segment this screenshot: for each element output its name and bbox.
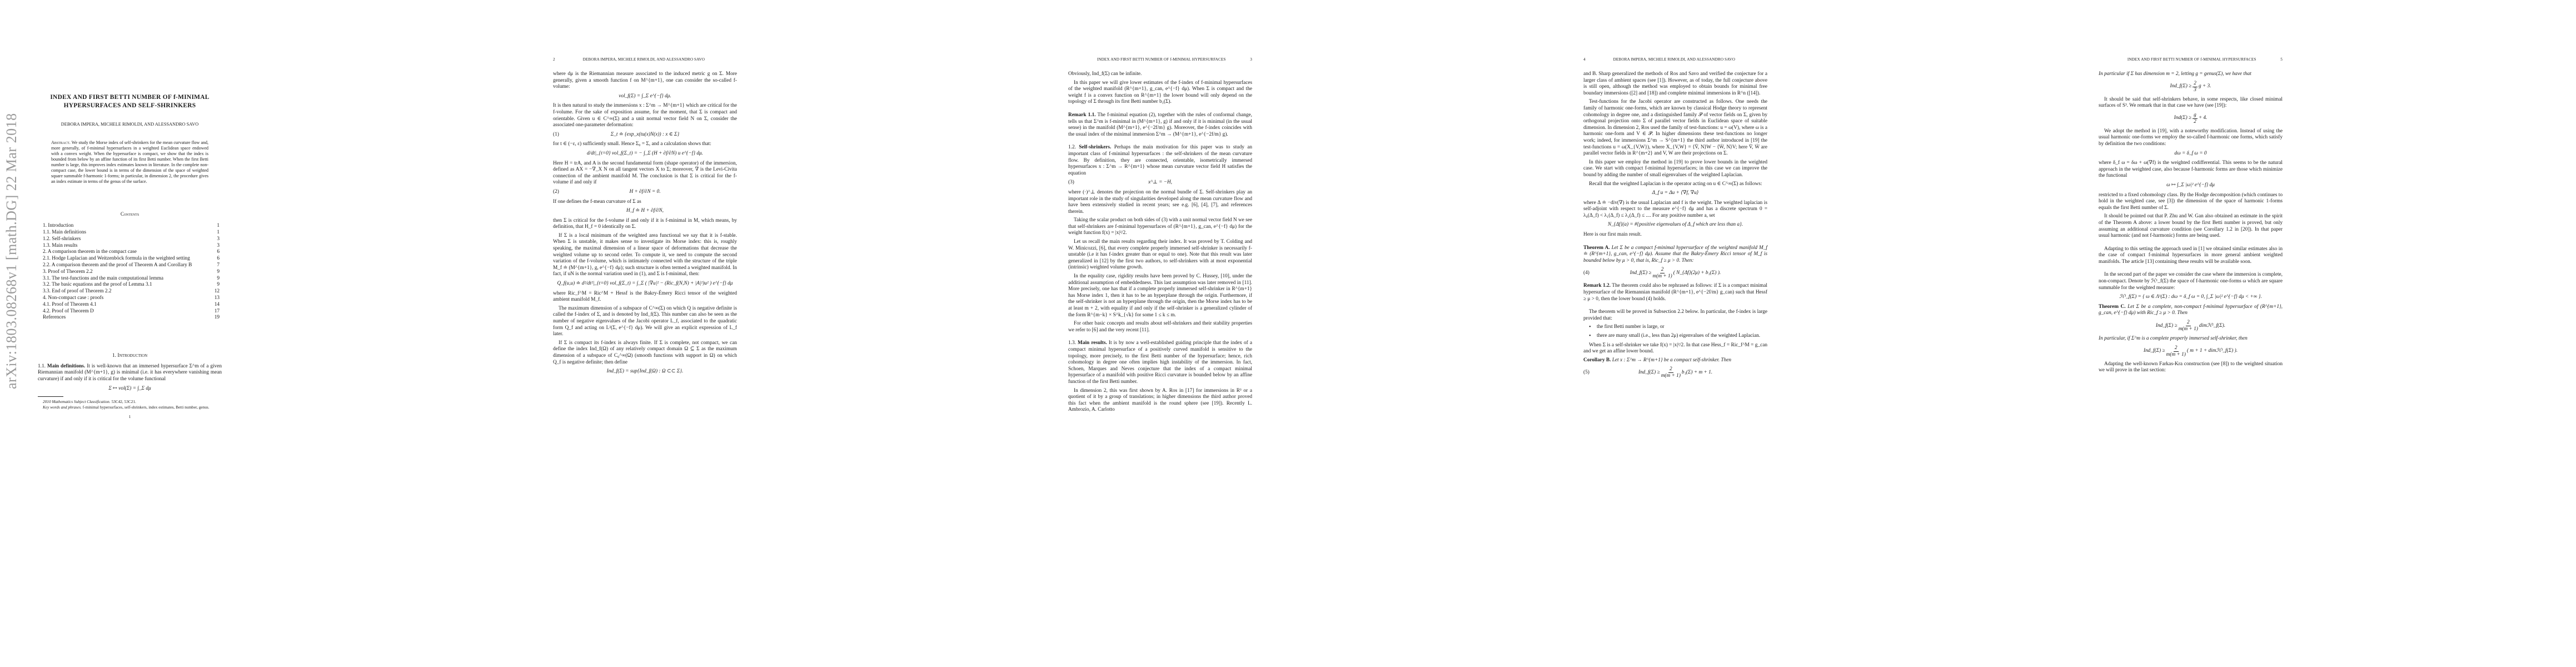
paragraph: where Δ ≐ −div(∇) is the usual Laplacian… [1583,200,1767,220]
toc-entry[interactable]: 4.2. Proof of Theorem D17 [43,308,220,315]
equation-f-harmonic: dω = δ_f ω = 0 [2099,151,2283,157]
remark-1-1: Remark 1.1. The f-minimal equation (2), … [1068,112,1252,138]
toc-entry[interactable]: 4.1. Proof of Theorem 4.114 [43,302,220,308]
equation-sphere-bound: Ind(Σ) ≥ g2 + 4. [2099,112,2283,125]
arxiv-stamp: arXiv:1803.08268v1 [math.DG] 22 Mar 2018 [3,113,20,389]
equation-4: (4) Ind_f(Σ) ≥ 2m(m + 1) ( N_{Δf}(2μ) + … [1583,267,1767,280]
paragraph: Taking the scalar product on both sides … [1068,217,1252,237]
abstract: Abstract. We study the Morse index of se… [51,140,208,185]
running-head-authors: DEBORA IMPERA, MICHELE RIMOLDI, AND ALES… [555,57,733,62]
page-1-content: INDEX AND FIRST BETTI NUMBER OF f-MINIMA… [38,93,222,420]
paragraph: Obviously, Ind_f(Σ) can be infinite. [1068,71,1252,78]
page-2: 2 DEBORA IMPERA, MICHELE RIMOLDI, AND AL… [515,0,1030,667]
paragraph: In particular, if Σ^m is a complete prop… [2099,336,2283,342]
list-item: there are many small (i.e., less than 2μ… [1589,333,1767,340]
paragraph: For other basic concepts and results abo… [1068,321,1252,333]
running-head: 2 DEBORA IMPERA, MICHELE RIMOLDI, AND AL… [553,57,737,62]
paragraph: The theorem will be proved in Subsection… [1583,309,1767,322]
equation-index-sup: Ind_f(Σ) = sup{Ind_f(Ω) : Ω ⊂⊂ Σ}. [553,369,737,375]
bullet-list: the first Betti number is large, or ther… [1589,324,1767,339]
paragraph: The maximum dimension of a subspace of C… [553,306,737,338]
paragraph: then Σ is critical for the f-volume if a… [553,218,737,231]
equation-3: (3) x^⊥ = −H, [1068,180,1252,186]
paragraph: for t ∈ (−ε, ε) sufficiently small. Henc… [553,141,737,148]
toc-entry[interactable]: 3. Proof of Theorem 2.29 [43,269,220,276]
fraction: 2m(m + 1) [1653,267,1672,280]
paragraph: In dimension 2, this was first shown by … [1068,388,1252,414]
equation-weighted-laplacian: Δ_f u = Δu + ⟨∇f, ∇u⟩ [1583,190,1767,197]
paragraph: and B. Sharp generalized the methods of … [1583,71,1767,97]
corollary-b: Corollary B. Let x : Σ^m → R^{m+1} be a … [1583,357,1767,364]
remark-1-2: Remark 1.2. The theorem could also be re… [1583,283,1767,302]
equation-volume: Σ ↦ vol(Σ) = ∫_Σ dμ [38,386,222,392]
paragraph: It should be said that self-shrinkers be… [2099,97,2283,109]
theorem-c: Theorem C. Let Σ be a complete, non-comp… [2099,304,2283,317]
equation-eigenvalue-count: N_{Δf}(a) = #{positive eigenvalues of Δ_… [1583,222,1767,228]
paragraph: In the equality case, rigidity results h… [1068,273,1252,318]
page-5: INDEX AND FIRST BETTI NUMBER OF f-MINIMA… [2061,0,2576,667]
paragraph: Adapting to this setting the approach us… [2099,246,2283,266]
toc-entry[interactable]: 3.3. End of proof of Theorem 2.212 [43,288,220,295]
table-of-contents: 1. Introduction1 1.1. Main definitions1 … [43,223,220,321]
subsection-heading: Self-shrinkers. [1079,145,1111,150]
equation-first-variation: d/dt|_{t=0} vol_f(Σ_t) = − ∫_Σ (H + ∂f/∂… [553,151,737,157]
pdf-page-strip: arXiv:1803.08268v1 [math.DG] 22 Mar 2018… [0,0,2576,667]
equation-functional: ω ↦ ∫_Σ |ω|² e^{−f} dμ [2099,182,2283,189]
toc-entry[interactable]: 1. Introduction1 [43,223,220,230]
paragraph: Let us recall the main results regarding… [1068,239,1252,271]
paragraph: restricted to a fixed cohomology class. … [2099,192,2283,212]
paragraph: Test-functions for the Jacobi operator a… [1583,99,1767,157]
toc-entry[interactable]: 1.2. Self-shrinkers3 [43,236,220,243]
paragraph: It should be pointed out that P. Zhu and… [2099,213,2283,239]
page-3-content: Obviously, Ind_f(Σ) can be infinite. In … [1068,71,1252,416]
fraction: 2m(m + 1) [1661,366,1681,379]
page-number: 1 [38,414,222,420]
paragraph: where (·)^⊥ denotes the projection on th… [1068,190,1252,215]
toc-entry[interactable]: 2.1. Hodge Laplacian and Weitzenböck for… [43,256,220,262]
equation-f-volume: vol_f(Σ) = ∫_Σ e^{−f} dμ. [553,93,737,100]
running-head-authors: DEBORA IMPERA, MICHELE RIMOLDI, AND ALES… [1586,57,1763,62]
paragraph: In this paper we employ the method in [1… [1583,160,1767,179]
equation-theorem-c-2: Ind_f(Σ) ≥ 2m(m + 1) ( m + 1 + dimℋ¹_f(Σ… [2099,345,2283,358]
equation-h1-space: ℋ¹_f(Σ) = { ω ∈ Λ¹(Σ) : dω = δ_f ω = 0, … [2099,294,2283,301]
fraction: 2m(m + 1) [2166,345,2186,358]
authors: DEBORA IMPERA, MICHELE RIMOLDI, AND ALES… [38,121,222,128]
paragraph: 1.2. Self-shrinkers. Perhaps the main mo… [1068,145,1252,177]
running-head-title: INDEX AND FIRST BETTI NUMBER OF f-MINIMA… [2103,57,2280,62]
equation-5: (5) Ind_f(Σ) ≥ 2m(m + 1) b₁(Σ) + m + 1. [1583,366,1767,379]
paper-title: INDEX AND FIRST BETTI NUMBER OF f-MINIMA… [38,93,222,110]
fraction: g2 [2193,112,2198,125]
toc-entry[interactable]: 3.1. The test-functions and the main com… [43,276,220,282]
paragraph: In the second part of the paper we consi… [2099,272,2283,291]
paragraph: 1.1. Main definitions. It is well-known … [38,364,222,383]
running-head-title: INDEX AND FIRST BETTI NUMBER OF f-MINIMA… [1073,57,1250,62]
running-head: 4 DEBORA IMPERA, MICHELE RIMOLDI, AND AL… [1583,57,1767,62]
list-item: the first Betti number is large, or [1589,324,1767,331]
equation-2: (2) H + ∂f/∂N = 0. [553,189,737,196]
toc-entry[interactable]: 4. Non-compact case : proofs13 [43,295,220,302]
paragraph: We adopt the method in [19], with a note… [2099,128,2283,148]
page-2-content: where dμ is the Riemannian measure assoc… [553,71,737,379]
equation-genus-bound: Ind_f(Σ) ≥ 23 g + 3. [2099,81,2283,93]
paragraph: If Σ is compact its f-index is always fi… [553,340,737,366]
contents-heading: Contents [38,211,222,218]
toc-entry[interactable]: 2. A comparison theorem in the compact c… [43,249,220,256]
footnote-msc: 2010 Mathematics Subject Classification.… [38,399,222,405]
page-5-content: In particular if Σ has dimension m = 2, … [2099,71,2283,376]
abstract-label: Abstract. [51,140,71,145]
footnote-keywords: Key words and phrases. f-minimal hypersu… [38,405,222,410]
equation-f-mean-curvature: H_f ≐ H + ∂f/∂N, [553,208,737,215]
theorem-a: Theorem A. Let Σ be a compact f-minimal … [1583,245,1767,265]
toc-entry[interactable]: References19 [43,315,220,321]
paragraph: Here H = trA, and A is the second fundam… [553,161,737,186]
paragraph: In this paper we will give lower estimat… [1068,80,1252,106]
section-heading-introduction: 1. Introduction [38,352,222,359]
abstract-text: We study the Morse index of self-shrinke… [51,140,208,184]
paragraph: If one defines the f-mean curvature of Σ… [553,199,737,206]
toc-entry[interactable]: 3.2. The basic equations and the proof o… [43,282,220,288]
equation-theorem-c-1: Ind_f(Σ) ≥ 2m(m + 1) dimℋ¹_f(Σ). [2099,320,2283,332]
subsection-heading: Main results. [1078,340,1107,346]
paragraph: where dμ is the Riemannian measure assoc… [553,71,737,91]
toc-entry[interactable]: 2.2. A comparison theorem and the proof … [43,262,220,269]
equation-second-variation: Q_f(u,u) ≐ d²/dt²|_{t=0} vol_f(Σ_t) = ∫_… [553,281,737,287]
paragraph: In particular if Σ has dimension m = 2, … [2099,71,2283,78]
page-number: 5 [2280,57,2283,62]
paragraph: Recall that the weighted Laplacian is th… [1583,181,1767,188]
page-4: 4 DEBORA IMPERA, MICHELE RIMOLDI, AND AL… [1546,0,2061,667]
paragraph: where Ric_f^M = Ric^M + Hessf is the Bak… [553,291,737,303]
equation-1: (1) Σ_t ≐ {exp_x(tu(x)N(x)) : x ∈ Σ} [553,132,737,138]
toc-entry[interactable]: 1.1. Main definitions1 [43,230,220,236]
paragraph: where δ_f ω = δω + ω(∇f) is the weighted… [2099,160,2283,180]
page-number: 3 [1250,57,1252,62]
paragraph: Adapting the well-known Farkas-Kra const… [2099,361,2283,374]
fraction: 2m(m + 1) [2179,320,2198,332]
running-head: INDEX AND FIRST BETTI NUMBER OF f-MINIMA… [1068,57,1252,62]
paragraph: If Σ is a local minimum of the weighted … [553,233,737,278]
toc-entry[interactable]: 1.3. Main results3 [43,243,220,250]
paragraph: It is then natural to study the immersio… [553,103,737,128]
paragraph: 1.3. Main results. It is by now a well-e… [1068,340,1252,385]
fraction: 23 [2193,81,2198,93]
page-3: INDEX AND FIRST BETTI NUMBER OF f-MINIMA… [1030,0,1546,667]
footnote-rule [38,396,63,397]
subsection-heading: Main definitions. [47,364,85,369]
page-4-content: and B. Sharp generalized the methods of … [1583,71,1767,382]
paragraph: Here is our first main result. [1583,232,1767,238]
paragraph: When Σ is a self-shrinker we take f(x) =… [1583,342,1767,355]
page-1: arXiv:1803.08268v1 [math.DG] 22 Mar 2018… [0,0,515,667]
running-head: INDEX AND FIRST BETTI NUMBER OF f-MINIMA… [2099,57,2283,62]
